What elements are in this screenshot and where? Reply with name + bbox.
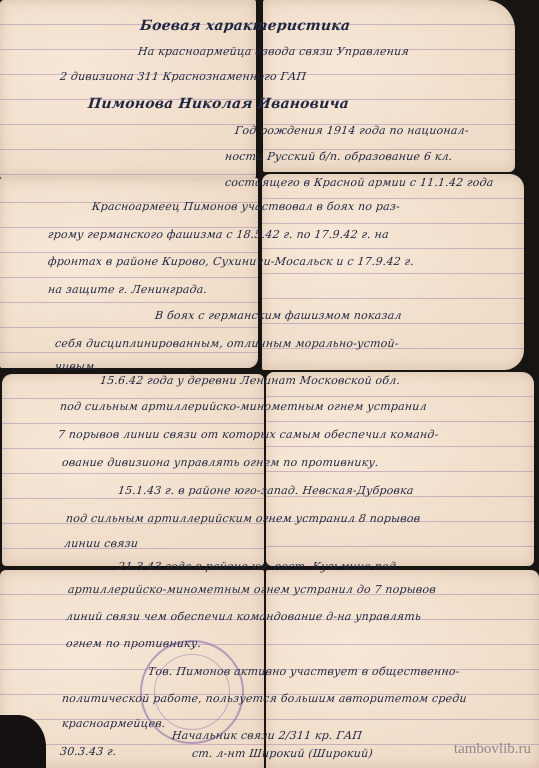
body-line: 15.1.43 г. в районе юго-запад. Невская-Д… xyxy=(117,484,414,497)
body-line: на защите г. Ленинграда. xyxy=(47,283,208,296)
body-line: состоящего в Красной армии с 11.1.42 год… xyxy=(224,176,494,189)
body-line: ности Русский б/п. образование 6 кл. xyxy=(224,150,453,163)
body-line: под сильным артиллерийско-минометным огн… xyxy=(59,400,427,413)
body-line: огнем по противнику. xyxy=(65,637,202,650)
document-date: 30.3.43 г. xyxy=(59,745,117,758)
document-title: Боевая характеристика xyxy=(139,18,351,34)
body-line: артиллерийско-минометным огнем устранил … xyxy=(67,583,436,596)
body-line: грому германского фашизма с 18.5.42 г. п… xyxy=(47,228,389,241)
body-line: чивым. xyxy=(54,360,98,373)
body-line: Красноармеец Пимонов участвовал в боях п… xyxy=(91,200,400,213)
body-line: 21.3.43 года в районе юг. вост. Кузьмино… xyxy=(117,560,396,573)
body-line: под сильным артиллерийским огнем устрани… xyxy=(65,512,421,525)
body-line: политической работе, пользуется большим … xyxy=(61,692,467,705)
person-name: Пимонова Николая Ивановича xyxy=(87,96,350,112)
body-line: 7 порывов линии связи от которых самым о… xyxy=(57,428,439,441)
header-line: 2 дивизиона 311 Краснознаменного ГАП xyxy=(59,70,307,83)
watermark: tambovlib.ru xyxy=(454,741,531,758)
body-line: Тов. Пимонов активно участвует в обществ… xyxy=(147,665,460,678)
body-line: линий связи чем обеспечил командование д… xyxy=(65,610,422,623)
body-line: ование дивизиона управлять огнем по прот… xyxy=(61,456,379,469)
body-line: В боях с германским фашизмом показал xyxy=(154,309,402,322)
body-line: Год рождения 1914 года по национал- xyxy=(234,124,469,137)
body-line: красноармейцев. xyxy=(61,717,166,730)
body-line: линии связи xyxy=(63,537,139,550)
signature-name: ст. л-нт Широкий (Широкий) xyxy=(191,747,373,760)
body-line: фронтах в районе Кирово, Сухиничи-Мосаль… xyxy=(47,255,414,268)
header-line: На красноармейца взвода связи Управления xyxy=(137,45,409,58)
signature-title: Начальник связи 2/311 кр. ГАП xyxy=(171,729,363,742)
body-line: 15.6.42 года у деревни Ленинат Московско… xyxy=(99,374,401,387)
body-line: себя дисциплинированным, отличным мораль… xyxy=(54,337,399,350)
